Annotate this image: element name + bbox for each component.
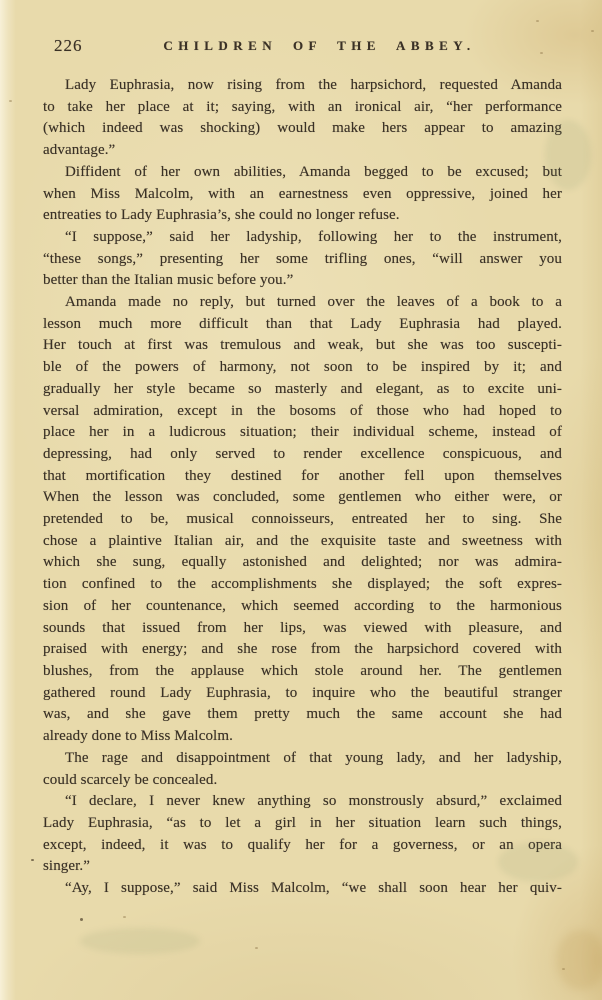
text-line: chose a plaintive Italian air, and the e… (43, 531, 562, 553)
paragraph: Diffident of her own abilities, Amanda b… (43, 162, 562, 227)
paragraph: Lady Euphrasia, now rising from the harp… (43, 75, 562, 162)
text-line: could scarcely be concealed. (43, 770, 562, 792)
ink-speck (80, 918, 83, 921)
ink-speck (540, 52, 543, 54)
text-line: Lady Euphrasia, “as to let a girl in her… (43, 813, 562, 835)
text-line: pretended to be, musical connoisseurs, e… (43, 509, 562, 531)
text-line: gradually her style became so masterly a… (43, 379, 562, 401)
text-line: place her in a ludicrous situation; thei… (43, 422, 562, 444)
showthrough-mark (80, 928, 200, 954)
text-line: sounds that issued from her lips, was vi… (43, 618, 562, 640)
text-line: Lady Euphrasia, now rising from the harp… (43, 75, 562, 97)
showthrough-mark (545, 120, 591, 190)
text-line: except, indeed, it was to qualify her fo… (43, 835, 562, 857)
book-page-scan: 226 CHILDREN OF THE ABBEY. Lady Euphrasi… (0, 0, 602, 1000)
text-line: versal admiration, except in the bosoms … (43, 401, 562, 423)
text-line: blushes, from the applause which stole a… (43, 661, 562, 683)
ink-speck (591, 30, 594, 32)
text-line: that mortification they destined for ano… (43, 466, 562, 488)
ink-speck (123, 916, 126, 918)
text-line: praised with energy; and she rose from t… (43, 639, 562, 661)
text-line: Diffident of her own abilities, Amanda b… (43, 162, 562, 184)
text-line: When the lesson was concluded, some gent… (43, 487, 562, 509)
ink-speck (31, 859, 34, 861)
paragraph: “Ay, I suppose,” said Miss Malcolm, “we … (43, 878, 562, 900)
text-line: tion confined to the accomplishments she… (43, 574, 562, 596)
text-line: was, and she gave them pretty much the s… (43, 704, 562, 726)
text-line: (which indeed was shocking) would make h… (43, 118, 562, 140)
paragraph: “I suppose,” said her ladyship, followin… (43, 227, 562, 292)
text-line: singer.” (43, 856, 562, 878)
text-line: advantage.” (43, 140, 562, 162)
text-line: Amanda made no reply, but turned over th… (43, 292, 562, 314)
paragraph: The rage and disappointment of that youn… (43, 748, 562, 791)
paragraph: Amanda made no reply, but turned over th… (43, 292, 562, 748)
paragraph: “I declare, I never knew anything so mon… (43, 791, 562, 878)
running-title: CHILDREN OF THE ABBEY. (43, 36, 562, 54)
text-line: gathered round Lady Euphrasia, to inquir… (43, 683, 562, 705)
text-line: depressing, had only served to render ex… (43, 444, 562, 466)
page-number: 226 (54, 36, 83, 56)
text-line: “I suppose,” said her ladyship, followin… (43, 227, 562, 249)
text-line: “Ay, I suppose,” said Miss Malcolm, “we … (43, 878, 562, 900)
foxing-stain (556, 930, 602, 990)
text-line: ble of the powers of harmony, not soon t… (43, 357, 562, 379)
page-header: 226 CHILDREN OF THE ABBEY. (43, 36, 562, 58)
text-line: to take her place at it; saying, with an… (43, 97, 562, 119)
text-line: which she sung, equally astonished and d… (43, 552, 562, 574)
text-line: Her touch at first was tremulous and wea… (43, 335, 562, 357)
text-line: “I declare, I never knew anything so mon… (43, 791, 562, 813)
text-line: sion of her countenance, which seemed ac… (43, 596, 562, 618)
text-line: “these songs,” presenting her some trifl… (43, 249, 562, 271)
ink-speck (9, 100, 12, 102)
text-block: Lady Euphrasia, now rising from the harp… (43, 75, 562, 900)
showthrough-mark (498, 842, 578, 882)
text-line: already done to Miss Malcolm. (43, 726, 562, 748)
text-line: lesson much more difficult than that Lad… (43, 314, 562, 336)
text-line: when Miss Malcolm, with an earnestness e… (43, 184, 562, 206)
text-line: better than the Italian music before you… (43, 270, 562, 292)
ink-speck (536, 20, 539, 22)
text-line: The rage and disappointment of that youn… (43, 748, 562, 770)
ink-speck (255, 947, 258, 949)
text-line: entreaties to Lady Euphrasia’s, she coul… (43, 205, 562, 227)
